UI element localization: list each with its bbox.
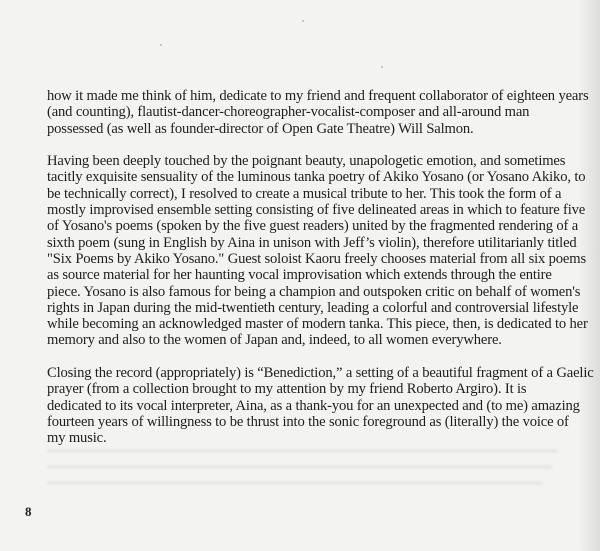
paper-speck <box>302 20 304 22</box>
text-line: Having been deeply touched by the poigna… <box>47 153 567 169</box>
text-line: mostly improvised ensemble setting consi… <box>47 202 567 218</box>
bleed-through-line <box>47 465 552 469</box>
text-line: tacitly exquisite sensuality of the lumi… <box>47 169 567 185</box>
text-line: how it made me think of him, dedicate to… <box>47 88 567 104</box>
text-line: fourteen years of willingness to be thru… <box>47 414 567 430</box>
text-line: Closing the record (appropriately) is “B… <box>47 365 567 381</box>
text-line: of Yosano's poems (spoken by the five gu… <box>47 218 567 234</box>
page-number: 8 <box>25 504 32 520</box>
reverse-side-bleed-through <box>47 449 557 497</box>
text-line: as source material for her haunting voca… <box>47 267 567 283</box>
text-line: memory and also to the women of Japan an… <box>47 332 567 348</box>
body-text: how it made me think of him, dedicate to… <box>47 88 567 463</box>
text-line: prayer (from a collection brought to my … <box>47 381 567 397</box>
page-edge-shadow <box>578 0 600 551</box>
paper-speck <box>381 66 383 68</box>
paragraph-dedication-will-salmon: how it made me think of him, dedicate to… <box>47 88 567 137</box>
text-line: piece. Yosano is also famous for being a… <box>47 284 567 300</box>
text-line: (and counting), flautist-dancer-choreogr… <box>47 104 567 120</box>
paragraph-six-poems: Having been deeply touched by the poigna… <box>47 153 567 349</box>
text-line: "Six Poems by Akiko Yosano." Guest soloi… <box>47 251 567 267</box>
text-line: be technically correct), I resolved to c… <box>47 186 567 202</box>
paper-speck <box>160 44 162 46</box>
text-line: possessed (as well as founder-director o… <box>47 121 567 137</box>
bleed-through-line <box>47 481 542 485</box>
bleed-through-line <box>47 449 557 453</box>
text-line: dedicated to its vocal interpreter, Aina… <box>47 398 567 414</box>
text-line: rights in Japan during the mid-twentieth… <box>47 300 567 316</box>
text-line: my music. <box>47 430 567 446</box>
text-line: while becoming an acknowledged master of… <box>47 316 567 332</box>
paragraph-benediction: Closing the record (appropriately) is “B… <box>47 365 567 446</box>
text-line: sixth poem (sung in English by Aina in u… <box>47 235 567 251</box>
